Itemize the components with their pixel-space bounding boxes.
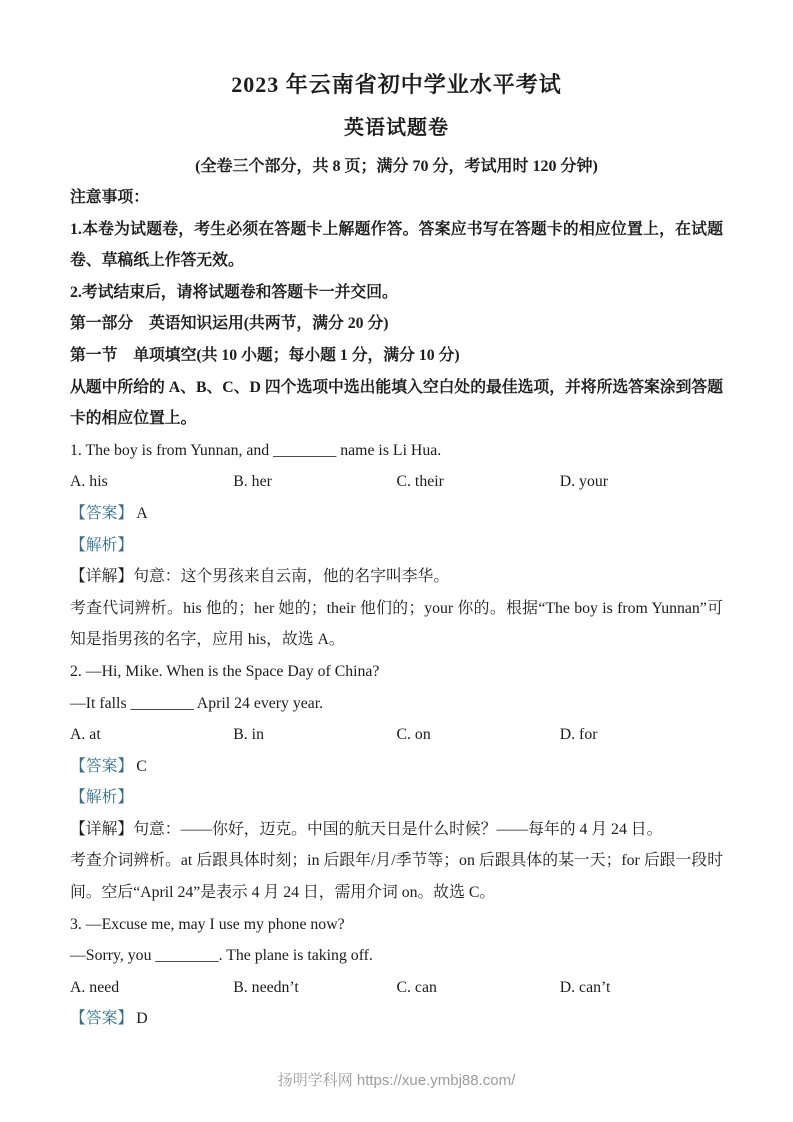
option-d: D. your bbox=[560, 466, 723, 498]
question-1-detail-1: 【详解】句意：这个男孩来自云南，他的名字叫李华。 bbox=[70, 561, 723, 593]
option-a: A. his bbox=[70, 466, 233, 498]
question-1: 1. The boy is from Yunnan, and ________ … bbox=[70, 435, 723, 656]
question-2-options: A. at B. in C. on D. for bbox=[70, 719, 723, 751]
question-2-analysis-line: 【解析】 bbox=[70, 782, 723, 814]
option-a: A. need bbox=[70, 972, 233, 1004]
question-3-stem-2: —Sorry, you ________. The plane is takin… bbox=[70, 940, 723, 972]
option-d: D. can’t bbox=[560, 972, 723, 1004]
answer-label: 【答案】 bbox=[70, 505, 133, 522]
question-2-stem-2: —It falls ________ April 24 every year. bbox=[70, 688, 723, 720]
answer-value: D bbox=[136, 1010, 147, 1027]
option-c: C. on bbox=[397, 719, 560, 751]
question-1-analysis-line: 【解析】 bbox=[70, 530, 723, 562]
part-heading: 第一部分 英语知识运用(共两节，满分 20 分) bbox=[70, 308, 723, 340]
answer-value: A bbox=[136, 505, 147, 522]
answer-value: C bbox=[136, 758, 147, 775]
notice-heading: 注意事项： bbox=[70, 182, 723, 214]
question-2: 2. —Hi, Mike. When is the Space Day of C… bbox=[70, 656, 723, 909]
question-3-options: A. need B. needn’t C. can D. can’t bbox=[70, 972, 723, 1004]
section-instructions: 从题中所给的 A、B、C、D 四个选项中选出能填入空白处的最佳选项，并将所选答案… bbox=[70, 372, 723, 435]
option-b: B. her bbox=[233, 466, 396, 498]
exam-document-page: 2023 年云南省初中学业水平考试 英语试题卷 (全卷三个部分，共 8 页；满分… bbox=[0, 0, 793, 1122]
option-b: B. in bbox=[233, 719, 396, 751]
option-d: D. for bbox=[560, 719, 723, 751]
question-2-answer-line: 【答案】C bbox=[70, 751, 723, 783]
analysis-label: 【解析】 bbox=[70, 789, 133, 806]
question-2-stem-1: 2. —Hi, Mike. When is the Space Day of C… bbox=[70, 656, 723, 688]
notice-item-2: 2.考试结束后，请将试题卷和答题卡一并交回。 bbox=[70, 277, 723, 309]
option-b: B. needn’t bbox=[233, 972, 396, 1004]
doc-title: 2023 年云南省初中学业水平考试 bbox=[70, 70, 723, 100]
question-3: 3. —Excuse me, may I use my phone now? —… bbox=[70, 909, 723, 1035]
section-heading: 第一节 单项填空(共 10 小题；每小题 1 分，满分 10 分) bbox=[70, 340, 723, 372]
answer-label: 【答案】 bbox=[70, 758, 133, 775]
question-1-answer-line: 【答案】A bbox=[70, 498, 723, 530]
option-c: C. their bbox=[397, 466, 560, 498]
question-2-detail-1: 【详解】句意：——你好，迈克。中国的航天日是什么时候？——每年的 4 月 24 … bbox=[70, 814, 723, 846]
question-1-options: A. his B. her C. their D. your bbox=[70, 466, 723, 498]
answer-label: 【答案】 bbox=[70, 1010, 133, 1027]
question-2-detail-2: 考查介词辨析。at 后跟具体时刻；in 后跟年/月/季节等；on 后跟具体的某一… bbox=[70, 845, 723, 908]
analysis-label: 【解析】 bbox=[70, 537, 133, 554]
option-a: A. at bbox=[70, 719, 233, 751]
question-1-stem: 1. The boy is from Yunnan, and ________ … bbox=[70, 435, 723, 467]
option-c: C. can bbox=[397, 972, 560, 1004]
notice-item-1: 1.本卷为试题卷，考生必须在答题卡上解题作答。答案应书写在答题卡的相应位置上，在… bbox=[70, 214, 723, 277]
question-1-detail-2: 考查代词辨析。his 他的；her 她的；their 他们的；your 你的。根… bbox=[70, 593, 723, 656]
doc-subtitle: 英语试题卷 bbox=[70, 114, 723, 142]
question-3-stem-1: 3. —Excuse me, may I use my phone now? bbox=[70, 909, 723, 941]
doc-meta: (全卷三个部分，共 8 页；满分 70 分，考试用时 120 分钟) bbox=[70, 155, 723, 178]
question-3-answer-line: 【答案】D bbox=[70, 1003, 723, 1035]
watermark-footer: 扬明学科网 https://xue.ymbj88.com/ bbox=[0, 1071, 793, 1091]
